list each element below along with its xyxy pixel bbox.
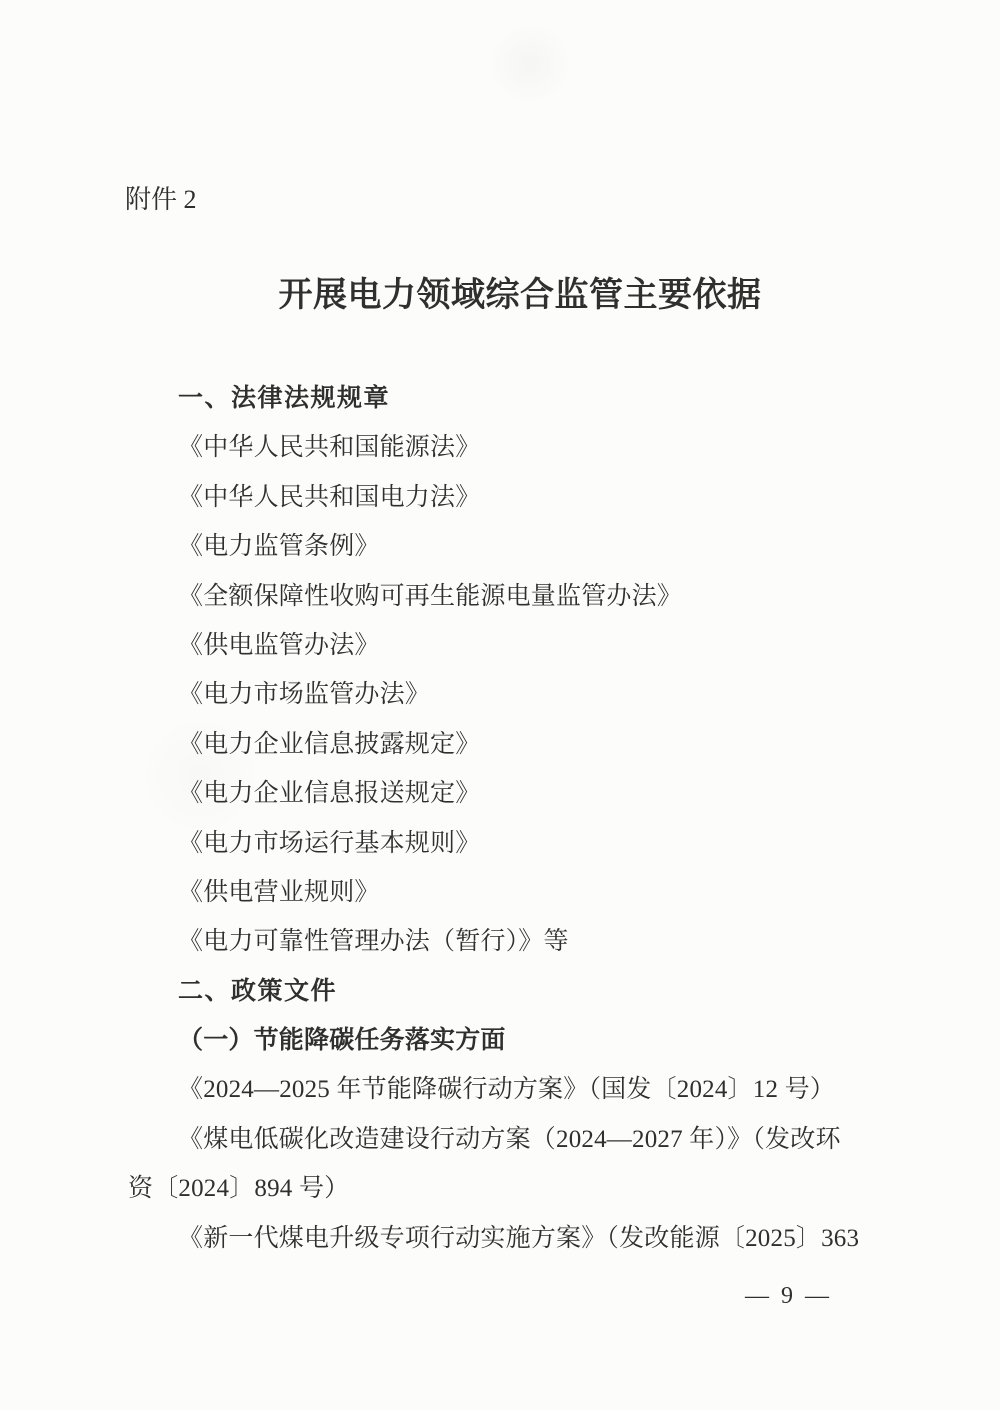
content-line: 《2024—2025 年节能降碳行动方案》（国发〔2024〕12 号） <box>128 1065 912 1114</box>
content-line: 《新一代煤电升级专项行动实施方案》（发改能源〔2025〕363 <box>128 1214 912 1263</box>
content-line: 《电力市场运行基本规则》 <box>128 819 912 868</box>
content-line: 《供电监管办法》 <box>128 621 912 670</box>
content-line: 《供电营业规则》 <box>128 868 912 917</box>
content-line: 资〔2024〕894 号） <box>128 1164 912 1213</box>
document-body: 一、法律法规规章《中华人民共和国能源法》《中华人民共和国电力法》《电力监管条例》… <box>128 374 912 1263</box>
document-page: 附件 2 开展电力领域综合监管主要依据 一、法律法规规章《中华人民共和国能源法》… <box>0 0 1000 1410</box>
content-line: 《煤电低碳化改造建设行动方案（2024—2027 年）》（发改环 <box>128 1115 912 1164</box>
content-line: 二、政策文件 <box>128 967 912 1016</box>
content-line: 《电力监管条例》 <box>128 522 912 571</box>
content-line: 《电力可靠性管理办法（暂行）》等 <box>128 917 912 966</box>
content-line: 《全额保障性收购可再生能源电量监管办法》 <box>128 572 912 621</box>
content-line: 《中华人民共和国电力法》 <box>128 473 912 522</box>
page-number: — 9 — <box>745 1282 832 1310</box>
content-line: 《电力企业信息披露规定》 <box>128 720 912 769</box>
content-line: 《电力企业信息报送规定》 <box>128 769 912 818</box>
content-line: 《中华人民共和国能源法》 <box>128 423 912 472</box>
document-title: 开展电力领域综合监管主要依据 <box>128 274 912 318</box>
content-line: 《电力市场监管办法》 <box>128 670 912 719</box>
content-line: 一、法律法规规章 <box>128 374 912 423</box>
attachment-label: 附件 2 <box>125 184 197 216</box>
content-line: （一）节能降碳任务落实方面 <box>128 1016 912 1065</box>
